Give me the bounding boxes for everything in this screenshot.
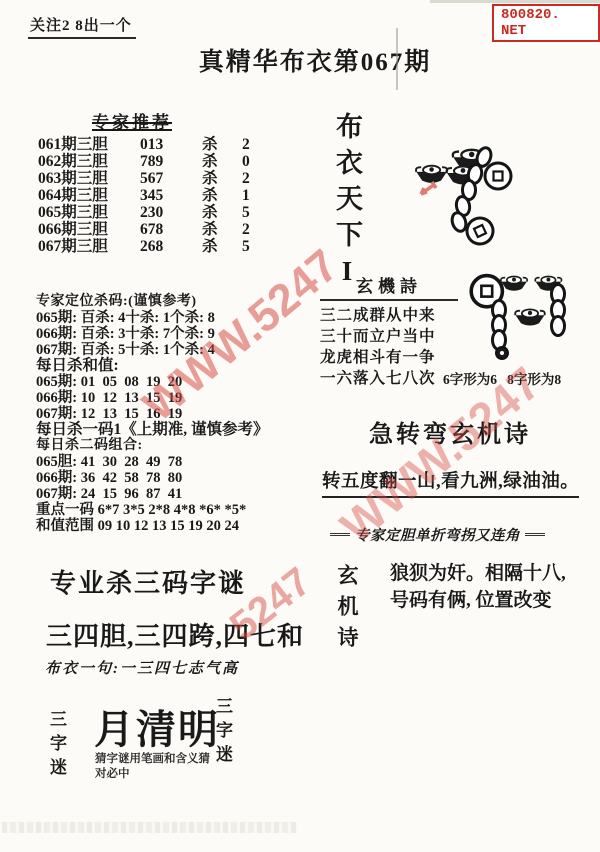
poem-line: 一六落入七八次 — [320, 368, 458, 389]
table-row: 063期三胆 567 杀 2 — [38, 170, 262, 187]
list-item: 065胆: 41 30 28 49 78 — [36, 454, 304, 470]
ingot-coin-chain-drawing — [405, 132, 550, 254]
kill-value-cell: 2 — [242, 136, 262, 153]
section-header: 每日杀和值: — [36, 358, 304, 374]
list-item: 067期: 24 15 96 87 41 — [36, 486, 304, 502]
focus-note: 关注2 8出一个 — [28, 14, 136, 39]
xuanji-vertical-label: 玄机诗 — [332, 564, 362, 694]
table-row: 061期三胆 013 杀 2 — [38, 136, 262, 153]
three-char-riddle-word: 月清明 — [94, 698, 220, 755]
period-cell: 063期三胆 — [38, 170, 140, 187]
number-cell: 230 — [140, 204, 202, 221]
scan-line-artifact — [396, 28, 398, 90]
list-item: 065期: 百杀: 4十杀: 1个杀: 8 — [36, 310, 304, 326]
table-row: 065期三胆 230 杀 5 — [38, 204, 262, 221]
three-code-riddle-line: 三四胆,三四跨,四七和 — [46, 616, 304, 653]
number-cell: 678 — [140, 221, 202, 238]
table-row: 066期三胆 678 杀 2 — [38, 221, 262, 238]
table-row: 064期三胆 345 杀 1 — [38, 187, 262, 204]
kill-value-cell: 2 — [242, 170, 262, 187]
table-row: 067期三胆 268 杀 5 — [38, 238, 262, 255]
hint-line: 猜字谜用笔画和含义猜 — [95, 752, 210, 767]
key-one-line: 重点一码 6*7 3*5 2*8 4*8 *6* *5* — [36, 502, 304, 518]
section-header: 每日杀二码组合: — [36, 438, 304, 454]
period-cell: 067期三胆 — [38, 238, 140, 255]
xuanji-poem-box: 玄機詩 三二成群从中来 三十而立户当中 龙虎相斗有一争 一六落入七八次 — [320, 272, 458, 389]
list-item: 067期: 12 13 15 16 19 — [36, 406, 304, 422]
riddle-line: 号码有俩, 位置改变 — [390, 587, 595, 614]
list-item: 066期: 36 42 58 78 80 — [36, 470, 304, 486]
number-cell: 567 — [140, 170, 202, 187]
coin-hole — [500, 351, 504, 355]
site-badge: 800820. NET — [492, 4, 600, 42]
list-item: 067期: 百杀: 5十杀: 1个杀: 4 — [36, 342, 304, 358]
kill-value-cell: 5 — [242, 204, 262, 221]
list-item: 066期: 10 12 13 15 19 — [36, 390, 304, 406]
kill-label-cell: 杀 — [202, 153, 242, 170]
period-cell: 065期三胆 — [38, 204, 140, 221]
divider — [525, 533, 545, 536]
kill-value-cell: 1 — [242, 187, 262, 204]
kill-label-cell: 杀 — [202, 136, 242, 153]
poem-line: 龙虎相斗有一争 — [320, 347, 458, 368]
shape-caption: 6字形为6 8字形为8 — [443, 368, 561, 388]
expert-recommend-table: 061期三胆 013 杀 2 062期三胆 789 杀 0 063期三胆 567… — [38, 136, 262, 255]
poem-line: 三十而立户当中 — [320, 326, 458, 347]
kill-label-cell: 杀 — [202, 170, 242, 187]
sharp-turn-title: 急转弯玄机诗 — [318, 414, 582, 449]
number-cell: 013 — [140, 136, 202, 153]
kill-value-cell: 0 — [242, 153, 262, 170]
xuanji-riddle-text: 狼狈为奸。相隔十八, 号码有俩, 位置改变 — [390, 560, 595, 614]
period-cell: 064期三胆 — [38, 187, 140, 204]
period-cell: 066期三胆 — [38, 221, 140, 238]
kill-label-cell: 杀 — [202, 221, 242, 238]
three-code-riddle-title: 专业杀三码字谜 — [50, 563, 246, 600]
table-row: 062期三胆 789 杀 0 — [38, 153, 262, 170]
buyi-sentence: 布衣一句:一三四七志气高 — [45, 657, 239, 678]
kill-value-cell: 2 — [242, 221, 262, 238]
sum-range-line: 和值范围 09 10 12 13 15 19 20 24 — [36, 518, 304, 534]
three-char-label-left: 三字迷 — [44, 710, 69, 790]
hint-line: 对必中 — [95, 767, 210, 782]
page-title: 真精华布衣第067期 — [30, 42, 600, 78]
expert-motto-text: 专家定胆单折弯拐又连角 — [355, 524, 520, 545]
number-cell: 789 — [140, 153, 202, 170]
coin-ingot-shape-drawing — [458, 272, 576, 366]
list-item: 065期: 01 05 08 19 20 — [36, 374, 304, 390]
list-item: 066期: 百杀: 3十杀: 7个杀: 9 — [36, 326, 304, 342]
section-header: 专家定位杀码:(谨慎参考) — [36, 294, 304, 310]
three-char-label-right: 三字迷 — [210, 697, 235, 777]
number-cell: 268 — [140, 238, 202, 255]
kill-label-cell: 杀 — [202, 204, 242, 221]
expert-motto: 专家定胆单折弯拐又连角 — [330, 524, 570, 545]
kill-value-cell: 5 — [242, 238, 262, 255]
riddle-line: 狼狈为奸。相隔十八, — [390, 560, 595, 587]
section-header: 每日杀一码1《上期准, 谨慎参考》 — [36, 422, 304, 438]
riddle-hint-note: 猜字谜用笔画和含义猜 对必中 — [95, 752, 210, 782]
period-cell: 061期三胆 — [38, 136, 140, 153]
buyi-chart-page: 关注2 8出一个 800820. NET 真精华布衣第067期 专家推荐 061… — [0, 0, 600, 852]
poem-line: 三二成群从中来 — [320, 305, 458, 326]
kill-label-cell: 杀 — [202, 238, 242, 255]
red-arrow-icon — [421, 182, 436, 194]
sharp-turn-line: 转五度翻一山,看九洲,绿油油。 — [322, 467, 579, 498]
kill-label-cell: 杀 — [202, 187, 242, 204]
divider — [330, 533, 350, 536]
scan-edge-artifact — [430, 0, 600, 3]
kill-code-section: 专家定位杀码:(谨慎参考) 065期: 百杀: 4十杀: 1个杀: 8 066期… — [36, 294, 304, 534]
xuanji-poem-title: 玄機詩 — [320, 272, 458, 301]
expert-recommend-title: 专家推荐 — [92, 108, 172, 133]
period-cell: 062期三胆 — [38, 153, 140, 170]
number-cell: 345 — [140, 187, 202, 204]
faded-scan-footer-text — [2, 822, 297, 833]
